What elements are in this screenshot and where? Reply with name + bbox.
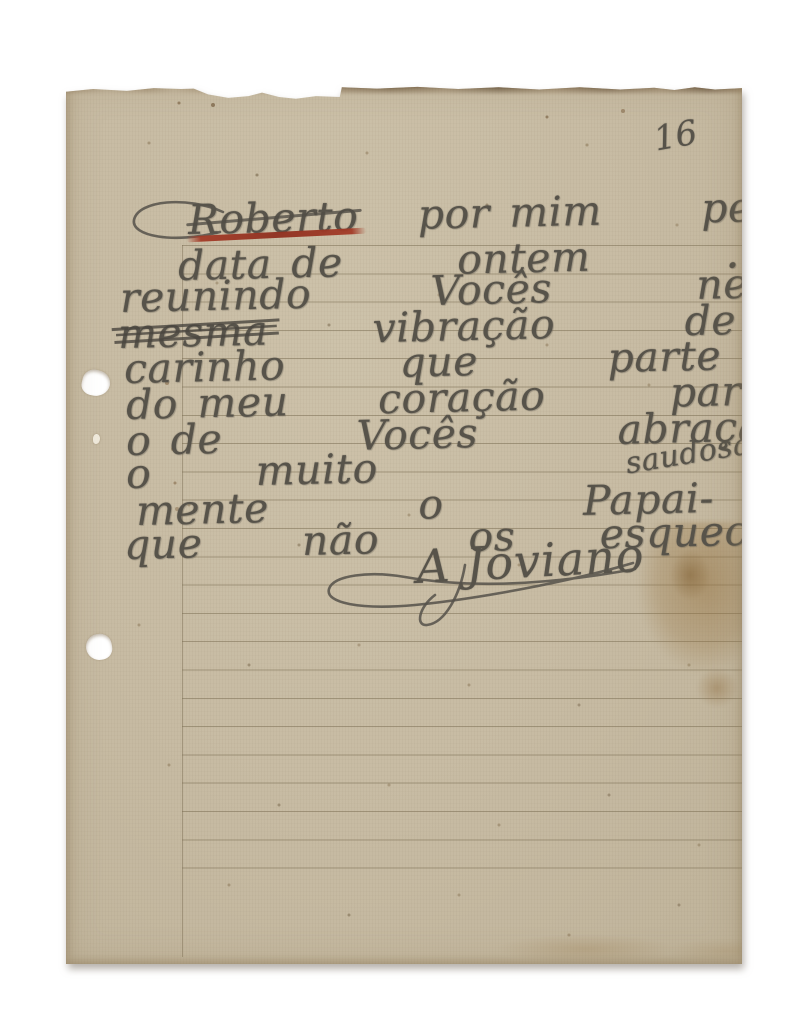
handwriting-word: que [123,519,202,569]
paper-speckles [66,82,68,84]
handwriting-block: Roberto por mim pela data de ontem . E r… [66,82,742,964]
paper-wrap: 16 Roberto por mim pela data de ontem . … [66,82,742,964]
paper-sheet: 16 Roberto por mim pela data de ontem . … [66,82,742,964]
scan-background: 16 Roberto por mim pela data de ontem . … [0,0,809,1024]
